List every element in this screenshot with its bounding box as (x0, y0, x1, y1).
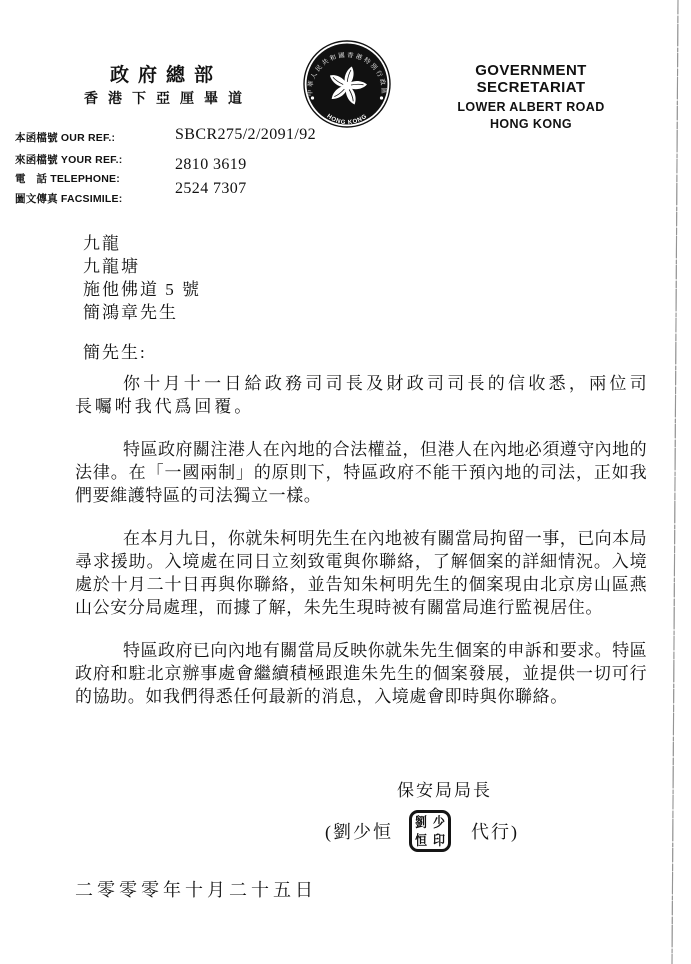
letter-date: 二零零零年十月二十五日 (75, 876, 317, 902)
paragraph: 特區政府關注港人在內地的合法權益，但港人在內地必須遵守內地的法律。在「一國兩制」… (75, 438, 647, 507)
our-ref-value: SBCR275/2/2091/92 (175, 126, 316, 144)
department-address-chinese: 香港下亞厘畢道 (84, 88, 252, 108)
letter-line: 法律。在「一國兩制」的原則下，特區政府不能干預內地的司法，正如我 (75, 461, 647, 484)
letter-line: 特區政府關注港人在內地的合法權益，但港人在內地必須遵守內地的 (75, 438, 647, 461)
salutation: 簡先生: (83, 338, 147, 363)
hksar-emblem: 中華人民共和國香港特別行政區 HONG KONG (303, 40, 391, 128)
emblem-right-star (380, 96, 383, 99)
address-line: 九龍塘 (83, 255, 201, 278)
telephone-value: 2810 3619 (175, 156, 247, 174)
letter-line: 們要維護特區的司法獨立一樣。 (75, 484, 647, 507)
department-name-chinese: 政府總部 (110, 60, 222, 87)
seal-character: 恒 (413, 831, 430, 850)
seal-character: 劉 (413, 813, 430, 832)
your-ref-label: 來函檔號 YOUR REF.: (15, 152, 122, 167)
signature-seal: 劉 少 恒 印 (409, 810, 451, 852)
letter-body: 你十月十一日給政務司司長及財政司司長的信收悉，兩位司長囑咐我代爲回覆。 特區政府… (75, 372, 647, 728)
facsimile-value: 2524 7307 (175, 180, 247, 198)
signer-title: 保安局局長 (397, 776, 492, 801)
street-english: LOWER ALBERT ROAD (425, 100, 637, 114)
letter-page: 政府總部 香港下亞厘畢道 中華人民共和國香港特別行政區 HONG KONG (0, 0, 691, 964)
letter-line: 長囑咐我代爲回覆。 (75, 395, 647, 418)
signature-line: (劉少恒 劉 少 恒 印 代行) (325, 810, 519, 852)
signer-name-close: 代行) (471, 818, 519, 844)
emblem-left-star (311, 96, 314, 99)
department-name-english: GOVERNMENT SECRETARIAT (425, 62, 637, 96)
signer-name-open: (劉少恒 (325, 818, 393, 844)
letter-line: 你十月十一日給政務司司長及財政司司長的信收悉，兩位司 (75, 372, 647, 395)
paragraph: 特區政府已向內地有關當局反映你就朱先生個案的申訴和要求。特區政府和駐北京辦事處會… (75, 639, 647, 708)
address-line: 施他佛道 5 號 (83, 278, 201, 301)
facsimile-label: 圖文傳真 FACSIMILE: (15, 191, 122, 206)
paragraph: 你十月十一日給政務司司長及財政司司長的信收悉，兩位司長囑咐我代爲回覆。 (75, 372, 647, 418)
our-ref-label: 本函檔號 OUR REF.: (15, 130, 115, 145)
address-line: 簡鴻章先生 (83, 301, 201, 324)
letter-line: 的協助。如我們得悉任何最新的消息，入境處會即時與你聯絡。 (75, 685, 647, 708)
letter-line: 處於十月二十日再與你聯絡，並告知朱柯明先生的個案現由北京房山區燕 (75, 573, 647, 596)
city-english: HONG KONG (425, 117, 637, 131)
recipient-address: 九龍九龍塘施他佛道 5 號簡鴻章先生 (83, 232, 201, 324)
paragraph: 在本月九日，你就朱柯明先生在內地被有關當局拘留一事，已向本局尋求援助。入境處在同… (75, 527, 647, 619)
letter-line: 政府和駐北京辦事處會繼續積極跟進朱先生的個案發展，並提供一切可行 (75, 662, 647, 685)
letter-line: 特區政府已向內地有關當局反映你就朱先生個案的申訴和要求。特區 (75, 639, 647, 662)
address-line: 九龍 (83, 232, 201, 255)
seal-character: 印 (431, 831, 448, 850)
telephone-label: 電 話 TELEPHONE: (15, 171, 120, 186)
letter-line: 在本月九日，你就朱柯明先生在內地被有關當局拘留一事，已向本局 (75, 527, 647, 550)
letterhead-english: GOVERNMENT SECRETARIAT LOWER ALBERT ROAD… (425, 62, 637, 134)
letter-line: 尋求援助。入境處在同日立刻致電與你聯絡，了解個案的詳細情況。入境 (75, 550, 647, 573)
seal-character: 少 (431, 813, 448, 832)
letter-line: 山公安分局處理，而據了解，朱先生現時被有關當局進行監視居住。 (75, 596, 647, 619)
